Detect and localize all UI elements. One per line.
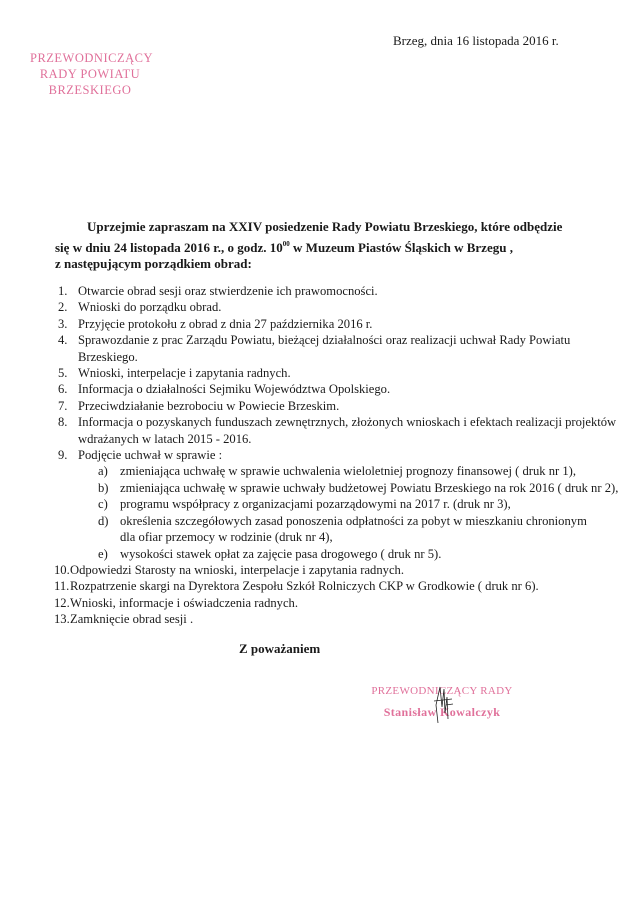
agenda-item-number: 4. xyxy=(58,332,67,348)
agenda-item-text: Podjęcie uchwał w sprawie : xyxy=(78,448,222,462)
intro-line-2: się w dniu 24 listopada 2016 r., o godz.… xyxy=(55,236,575,257)
agenda-item-text: Wnioski do porządku obrad. xyxy=(78,300,221,314)
agenda-item: 10.Odpowiedzi Starosty na wnioski, inter… xyxy=(54,562,618,578)
agenda-item-text: Zamknięcie obrad sesji . xyxy=(70,612,193,626)
agenda-item: 1.Otwarcie obrad sesji oraz stwierdzenie… xyxy=(58,283,618,299)
resolution-text: programu współpracy z organizacjami poza… xyxy=(120,497,511,511)
agenda-item-number: 5. xyxy=(58,365,67,381)
agenda-item-text: Odpowiedzi Starosty na wnioski, interpel… xyxy=(70,563,404,577)
stamp-line-1: PRZEWODNICZĄCY xyxy=(30,50,150,66)
agenda-item: 7.Przeciwdziałanie bezrobociu w Powiecie… xyxy=(58,398,618,414)
agenda-item-number: 10. xyxy=(54,562,70,578)
agenda-item: 3.Przyjęcie protokołu z obrad z dnia 27 … xyxy=(58,316,618,332)
agenda-item-number: 8. xyxy=(58,414,67,430)
resolution-text: zmieniająca uchwałę w sprawie uchwalenia… xyxy=(120,464,576,478)
resolution-letter: b) xyxy=(98,480,109,496)
resolution-item: a)zmieniająca uchwałę w sprawie uchwalen… xyxy=(98,463,618,479)
agenda-item: 6.Informacja o działalności Sejmiku Woje… xyxy=(58,381,618,397)
resolution-item: e)wysokości stawek opłat za zajęcie pasa… xyxy=(98,546,618,562)
agenda-item: 11.Rozpatrzenie skargi na Dyrektora Zesp… xyxy=(54,578,618,594)
intro-line-3: z następującym porządkiem obrad: xyxy=(55,256,575,273)
agenda-item-number: 13. xyxy=(54,611,70,627)
agenda-item-text: Przyjęcie protokołu z obrad z dnia 27 pa… xyxy=(78,317,372,331)
agenda-item-number: 2. xyxy=(58,299,67,315)
agenda-item-text: Wnioski, interpelacje i zapytania radnyc… xyxy=(78,366,291,380)
handwritten-signature-icon xyxy=(432,683,454,725)
resolution-text: wysokości stawek opłat za zajęcie pasa d… xyxy=(120,547,441,561)
agenda-item-number: 3. xyxy=(58,316,67,332)
agenda-item-text: Informacja o działalności Sejmiku Wojewó… xyxy=(78,382,390,396)
agenda-item-text: Informacja o pozyskanych funduszach zewn… xyxy=(78,415,616,445)
time-minutes: 00 xyxy=(283,240,290,248)
agenda-item-number: 7. xyxy=(58,398,67,414)
stamp-line-3: BRZESKIEGO xyxy=(30,82,150,98)
intro-location: w Muzeum Piastów Śląskich w Brzegu , xyxy=(290,240,513,255)
date-line: Brzeg, dnia 16 listopada 2016 r. xyxy=(393,33,559,49)
resolution-item: d)określenia szczegółowych zasad ponosze… xyxy=(98,513,618,546)
agenda-item-number: 1. xyxy=(58,283,67,299)
agenda-item-text: Przeciwdziałanie bezrobociu w Powiecie B… xyxy=(78,399,339,413)
agenda-item-number: 9. xyxy=(58,447,67,463)
resolution-letter: d) xyxy=(98,513,109,529)
resolution-letter: c) xyxy=(98,496,108,512)
resolution-text: określenia szczegółowych zasad ponoszeni… xyxy=(120,514,587,528)
intro-line-1: Uprzejmie zapraszam na XXIV posiedzenie … xyxy=(55,219,575,236)
resolution-item: c)programu współpracy z organizacjami po… xyxy=(98,496,618,512)
resolution-letter: a) xyxy=(98,463,108,479)
invitation-paragraph: Uprzejmie zapraszam na XXIV posiedzenie … xyxy=(55,219,575,273)
resolution-item: b)zmieniająca uchwałę w sprawie uchwały … xyxy=(98,480,618,496)
agenda-item: 2.Wnioski do porządku obrad. xyxy=(58,299,618,315)
agenda-item: 8.Informacja o pozyskanych funduszach ze… xyxy=(58,414,618,447)
agenda-item: 4.Sprawozdanie z prac Zarządu Powiatu, b… xyxy=(58,332,618,365)
agenda-item-text: Wnioski, informacje i oświadczenia radny… xyxy=(70,596,298,610)
agenda-item-text: Sprawozdanie z prac Zarządu Powiatu, bie… xyxy=(78,333,570,363)
agenda-item: 12.Wnioski, informacje i oświadczenia ra… xyxy=(54,595,618,611)
resolution-text: zmieniająca uchwałę w sprawie uchwały bu… xyxy=(120,481,618,495)
agenda-item: 13.Zamknięcie obrad sesji . xyxy=(54,611,618,627)
intro-date-time: się w dniu 24 listopada 2016 r., o godz.… xyxy=(55,240,283,255)
agenda-item-number: 6. xyxy=(58,381,67,397)
agenda-item-number: 12. xyxy=(54,595,70,611)
resolution-letter: e) xyxy=(98,546,108,562)
agenda-item-text: Rozpatrzenie skargi na Dyrektora Zespołu… xyxy=(70,579,539,593)
agenda-item: 9.Podjęcie uchwał w sprawie :a)zmieniają… xyxy=(58,447,618,562)
agenda-item-number: 11. xyxy=(54,578,69,594)
resolution-text-continued: dla ofiar przemocy w rodzinie (druk nr 4… xyxy=(120,530,333,544)
agenda-item-text: Otwarcie obrad sesji oraz stwierdzenie i… xyxy=(78,284,378,298)
agenda-list: 1.Otwarcie obrad sesji oraz stwierdzenie… xyxy=(58,283,618,628)
closing-salutation: Z poważaniem xyxy=(239,641,320,657)
agenda-item: 5.Wnioski, interpelacje i zapytania radn… xyxy=(58,365,618,381)
resolution-sublist: a)zmieniająca uchwałę w sprawie uchwalen… xyxy=(78,463,618,561)
stamp-line-2: RADY POWIATU xyxy=(30,66,150,82)
letterhead-stamp: PRZEWODNICZĄCY RADY POWIATU BRZESKIEGO xyxy=(30,50,150,98)
